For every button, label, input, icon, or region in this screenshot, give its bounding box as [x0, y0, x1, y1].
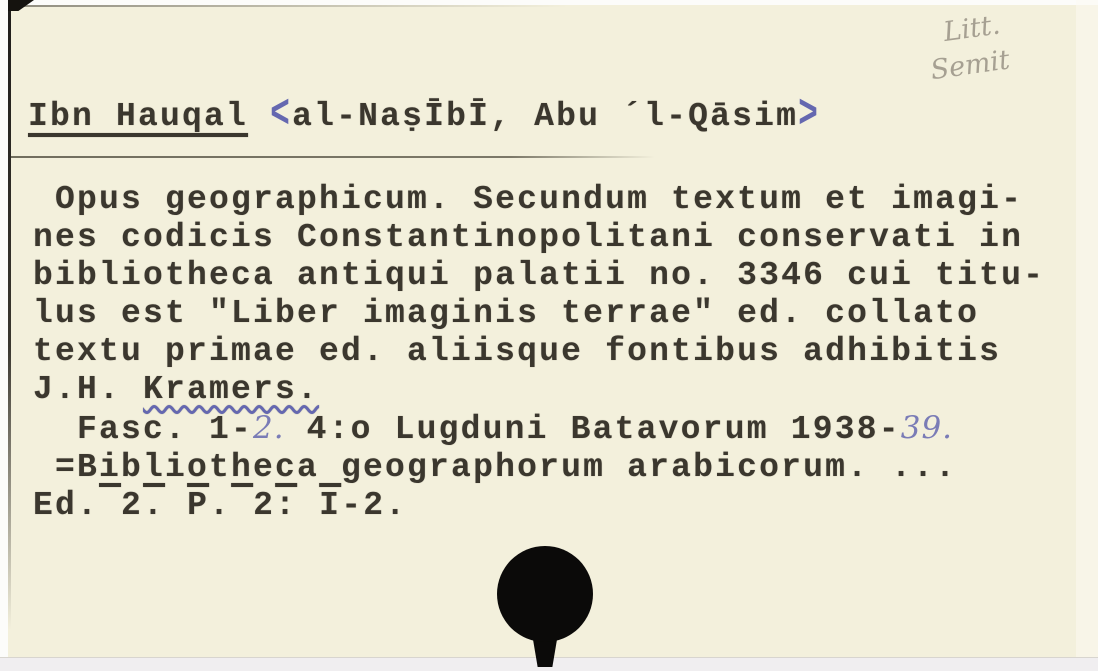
typewritten-text: textu primae ed. aliisque fontibus adhib… — [33, 333, 1001, 370]
typewritten-text: . — [143, 487, 165, 524]
typewritten-text: J.H. — [33, 371, 143, 408]
typewritten-line: Opus geographicum. Secundum textum et im… — [33, 181, 1045, 219]
handwritten-ink-text: 2. — [253, 410, 285, 446]
catalog-card-scan: Litt. Semit Ibn Hauqal <al-NaṣĪbĪ, Abu ´… — [0, 0, 1098, 671]
pencil-note-line: Semit — [928, 42, 1012, 89]
typewritten-text: nes codicis Constantinopolitani conserva… — [33, 219, 1023, 256]
typewritten-line: lus est "Liber imaginis terrae" ed. coll… — [33, 295, 1045, 333]
typewritten-text — [297, 487, 319, 524]
typewritten-text — [99, 487, 121, 524]
typewritten-text: 2 — [253, 487, 275, 524]
typewritten-text: Fasc. 1- — [33, 411, 253, 448]
card-left-edge-shadow — [8, 0, 11, 630]
typewritten-text: . — [209, 487, 231, 524]
typewritten-text: al-NaṣĪbĪ, Abu ´l-Qāsim — [292, 98, 798, 135]
typewritten-text: Kramers. — [143, 371, 319, 408]
typewritten-text: 2 — [121, 487, 143, 524]
typewritten-text: bibliotheca antiqui palatii no. 3346 cui… — [33, 257, 1045, 294]
typewritten-text: =Bibliotheca geographorum arabicorum. ..… — [33, 449, 957, 486]
typewritten-text: lus est "Liber imaginis terrae" ed. coll… — [33, 295, 979, 332]
typewritten-text: Ibn Hauqal — [28, 98, 248, 135]
typewritten-line: nes codicis Constantinopolitani conserva… — [33, 219, 1045, 257]
typewritten-text — [248, 98, 270, 135]
typewritten-line: Fasc. 1-2. 4:o Lugduni Batavorum 1938-39… — [33, 409, 1045, 449]
card-top-edge-line — [8, 5, 568, 7]
card-body: Opus geographicum. Secundum textum et im… — [33, 181, 1045, 525]
typewritten-text: Opus geographicum. Secundum textum et im… — [33, 181, 1023, 218]
typewritten-text — [231, 487, 253, 524]
heading-rule — [0, 156, 655, 158]
typewritten-line: bibliotheca antiqui palatii no. 3346 cui… — [33, 257, 1045, 295]
typewritten-text: Ed. — [33, 487, 99, 524]
typewritten-line: =Bibliotheca geographorum arabicorum. ..… — [33, 449, 1045, 487]
pencil-note: Litt. Semit — [923, 7, 1012, 89]
index-card: Litt. Semit Ibn Hauqal <al-NaṣĪbĪ, Abu ´… — [0, 0, 1098, 671]
typewritten-line: textu primae ed. aliisque fontibus adhib… — [33, 333, 1045, 371]
typewritten-text: : — [275, 487, 297, 524]
scan-edge-left — [0, 0, 8, 671]
hand-drawn-bracket: > — [798, 89, 820, 143]
typewritten-line: Ed. 2. P. 2: I-2. — [33, 487, 1045, 525]
handwritten-ink-text: 39. — [901, 410, 953, 446]
hand-drawn-bracket: < — [270, 89, 292, 143]
typewritten-text — [165, 487, 187, 524]
typewritten-line: J.H. Kramers. — [33, 371, 1045, 409]
typewritten-text: 4:o Lugduni Batavorum 1938- — [285, 411, 901, 448]
typewritten-text: -2. — [341, 487, 407, 524]
punch-hole — [497, 546, 593, 642]
card-heading: Ibn Hauqal <al-NaṣĪbĪ, Abu ´l-Qāsim> — [28, 98, 820, 136]
card-right-edge-highlight — [1076, 0, 1098, 657]
typewritten-text: P — [187, 487, 209, 524]
typewritten-text: I — [319, 487, 341, 524]
